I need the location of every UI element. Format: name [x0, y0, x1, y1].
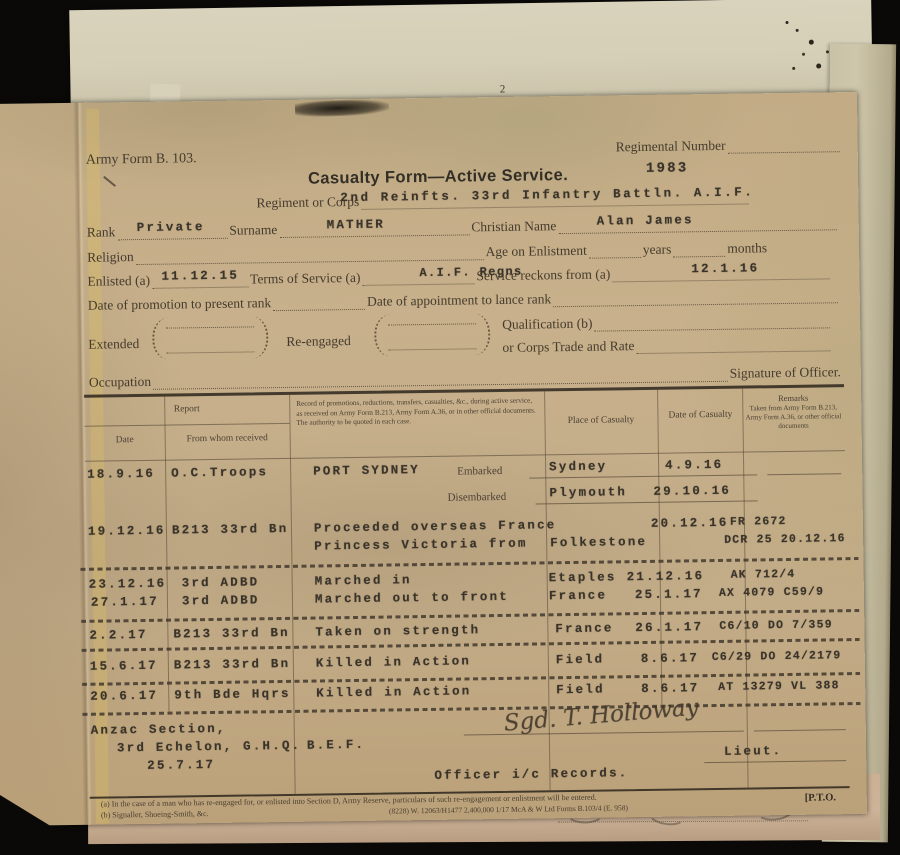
cell-casualty-date: 21.12.16 — [627, 569, 705, 584]
header-report: Report — [84, 403, 289, 416]
cell-place: Field — [556, 683, 605, 698]
cell-from: B213 33rd Bn — [172, 522, 289, 538]
cell-record: Proceeded overseas France — [314, 518, 557, 535]
signature-of-officer-label: Signature of Officer. — [730, 364, 841, 382]
cell-from: 9th Bde Hqrs — [174, 687, 291, 703]
form-reference: Army Form B. 103. — [86, 151, 197, 169]
cell-embarked-place: Sydney — [549, 459, 607, 474]
cell-casualty-date: 26.1.17 — [635, 620, 703, 635]
cell-record: Killed in Action — [316, 684, 471, 700]
months-label: months — [727, 240, 767, 257]
dotted-leader — [594, 314, 830, 332]
cell-date: 20.6.17 — [90, 689, 158, 704]
footer-unit-bef: B.E.F. — [307, 738, 365, 753]
religion-row: Religion Age on Enlistment years months — [87, 240, 767, 265]
surname-value: MATHER — [327, 218, 385, 233]
cell-date: 23.12.16 — [89, 577, 167, 592]
header-casualty-date: Date of Casualty — [662, 409, 738, 422]
entry-underline — [536, 500, 758, 504]
extended-label: Extended — [88, 336, 139, 353]
dotted-leader — [636, 337, 830, 354]
cell-casualty-date: 25.1.17 — [635, 587, 703, 602]
qualification-row: Qualification (b) — [502, 312, 832, 333]
enlisted-value: 11.12.15 — [161, 269, 239, 284]
dotted-line — [388, 348, 476, 350]
scanned-document: 2 Army Form B. 103. Regimental Number 19… — [0, 0, 900, 855]
cell-from: B213 33rd Bn — [174, 657, 291, 673]
gridline — [85, 423, 290, 427]
officer-signature: Sgd. T. Holloway — [503, 694, 700, 736]
pen-stroke — [103, 176, 116, 187]
religion-label: Religion — [87, 249, 134, 266]
dotted-line — [388, 323, 476, 325]
dotted-leader — [727, 138, 839, 154]
pto-label: [P.T.O. — [805, 792, 836, 803]
age-label: Age on Enlistment — [486, 243, 587, 260]
header-place: Place of Casualty — [544, 415, 657, 427]
typed-separator — [83, 702, 861, 715]
dotted-line — [166, 351, 254, 353]
cell-disembarked-date: 29.10.16 — [653, 484, 731, 499]
cell-record: Princess Victoria from — [314, 537, 528, 554]
printer-imprint: (8228) W. 12063/H1477 2,400,000 1/17 McA… — [389, 803, 628, 815]
gridline — [289, 395, 296, 794]
cell-from: O.C.Troops — [171, 465, 268, 480]
cell-remarks: C6/10 DO 7/359 — [719, 618, 833, 633]
disembarked-label: Disembarked — [447, 491, 506, 504]
cell-remarks: AX 4079 C59/9 — [719, 585, 824, 599]
reckons-value: 12.1.16 — [691, 261, 759, 276]
cell-date: 18.9.16 — [87, 467, 155, 482]
cell-date: 27.1.17 — [91, 595, 159, 610]
cell-date: 2.2.17 — [89, 628, 147, 643]
cell-record: PORT SYDNEY — [313, 463, 420, 478]
casualty-form: Army Form B. 103. Regimental Number 1983… — [0, 92, 867, 826]
entry-underline — [529, 474, 757, 478]
promotion-label: Date of promotion to present rank — [88, 295, 272, 314]
cell-date: 19.12.16 — [88, 524, 166, 539]
cell-record: Marched out to front — [315, 590, 509, 607]
surname-label: Surname — [229, 222, 277, 239]
embarked-label: Embarked — [457, 465, 502, 478]
enlisted-label: Enlisted (a) — [87, 273, 150, 290]
dotted-line — [166, 326, 254, 328]
form-title: Casualty Form—Active Service. — [218, 165, 658, 190]
cell-casualty-date: 8.6.17 — [641, 651, 699, 666]
years-label: years — [643, 242, 672, 258]
entry-underline — [767, 473, 841, 475]
corps-trade-label: or Corps Trade and Rate — [502, 338, 634, 356]
cell-remarks: DCR 25 20.12.16 — [724, 532, 846, 547]
dotted-leader — [136, 246, 484, 265]
extended-brace-box — [152, 316, 269, 360]
torn-corner — [0, 795, 98, 855]
terms-value: A.I.F. Regns — [419, 265, 522, 280]
footer-unit-line2: 3rd Echelon, G.H.Q. — [117, 739, 302, 756]
dotted-leader — [273, 295, 365, 311]
ink-smudge — [295, 98, 390, 117]
promotion-row: Date of promotion to present rank Date o… — [88, 287, 840, 313]
cell-record: Taken on strength — [315, 623, 480, 639]
cell-record: Marched in — [315, 573, 412, 588]
christian-name-value: Alan James — [597, 213, 694, 228]
cell-disembarked-place: Plymouth — [549, 485, 627, 500]
header-date: Date — [85, 435, 165, 446]
cell-from: B213 33rd Bn — [173, 626, 290, 642]
header-record: Record of promotions, reductions, transf… — [296, 396, 539, 429]
cell-from: 3rd ADBD — [182, 575, 260, 590]
qualification-label: Qualification (b) — [502, 316, 593, 333]
rank-underline — [704, 760, 846, 763]
cell-from: 3rd ADBD — [182, 593, 260, 608]
regimental-number-row: Regimental Number — [616, 136, 842, 155]
cell-remarks: AK 712/4 — [731, 568, 796, 582]
header-remarks-title: Remarks — [744, 392, 842, 403]
corps-trade-row: or Corps Trade and Rate — [502, 335, 832, 356]
ink-specks — [785, 21, 788, 24]
dotted-leader — [589, 243, 641, 258]
header-from-whom: From whom received — [165, 433, 290, 445]
cell-place: Etaples — [549, 570, 617, 585]
cell-remarks: C6/29 DO 24/2179 — [712, 649, 842, 664]
lance-label: Date of appointment to lance rank — [367, 291, 551, 310]
cell-casualty-date: 8.6.17 — [641, 681, 699, 696]
rank-value: Private — [137, 220, 205, 235]
cell-embarked-date: 4.9.16 — [665, 458, 723, 473]
rank-label: Rank — [87, 224, 116, 240]
cell-remarks: AT 13279 VL 388 — [718, 679, 840, 694]
cell-casualty-date: 20.12.16 — [651, 516, 729, 531]
cell-remarks: FR 2672 — [730, 515, 787, 529]
page-number: 2 — [490, 83, 514, 95]
casualty-table: Report Date From whom received Record of… — [84, 384, 850, 799]
occupation-label: Occupation — [89, 374, 151, 391]
signatory-rank: Lieut. — [724, 744, 782, 759]
christian-name-label: Christian Name — [471, 218, 556, 235]
dotted-leader — [673, 242, 725, 257]
signatory-title: Officer i/c Records. — [434, 766, 628, 783]
terms-label: Terms of Service (a) — [250, 270, 361, 288]
reengaged-label: Re-engaged — [286, 333, 351, 350]
cell-date: 15.6.17 — [90, 659, 158, 674]
footer-unit-line1: Anzac Section, — [91, 722, 227, 738]
dotted-leader — [553, 289, 838, 308]
reengaged-brace-box — [374, 313, 491, 357]
footnote-b: (b) Signaller, Shoeing-Smith, &c. — [101, 809, 209, 820]
header-remarks-sub: Taken from Army Form B.213, Army Form A.… — [744, 403, 842, 432]
cell-place: France — [555, 621, 613, 636]
cell-place: Folkestone — [550, 535, 647, 550]
regimental-number-label: Regimental Number — [616, 138, 726, 156]
gridline — [85, 450, 845, 462]
cell-place: Field — [556, 653, 605, 668]
signature-underline — [754, 729, 846, 731]
cell-place: France — [549, 588, 607, 603]
cell-record: Killed in Action — [316, 654, 471, 670]
footer-date: 25.7.17 — [147, 758, 215, 773]
